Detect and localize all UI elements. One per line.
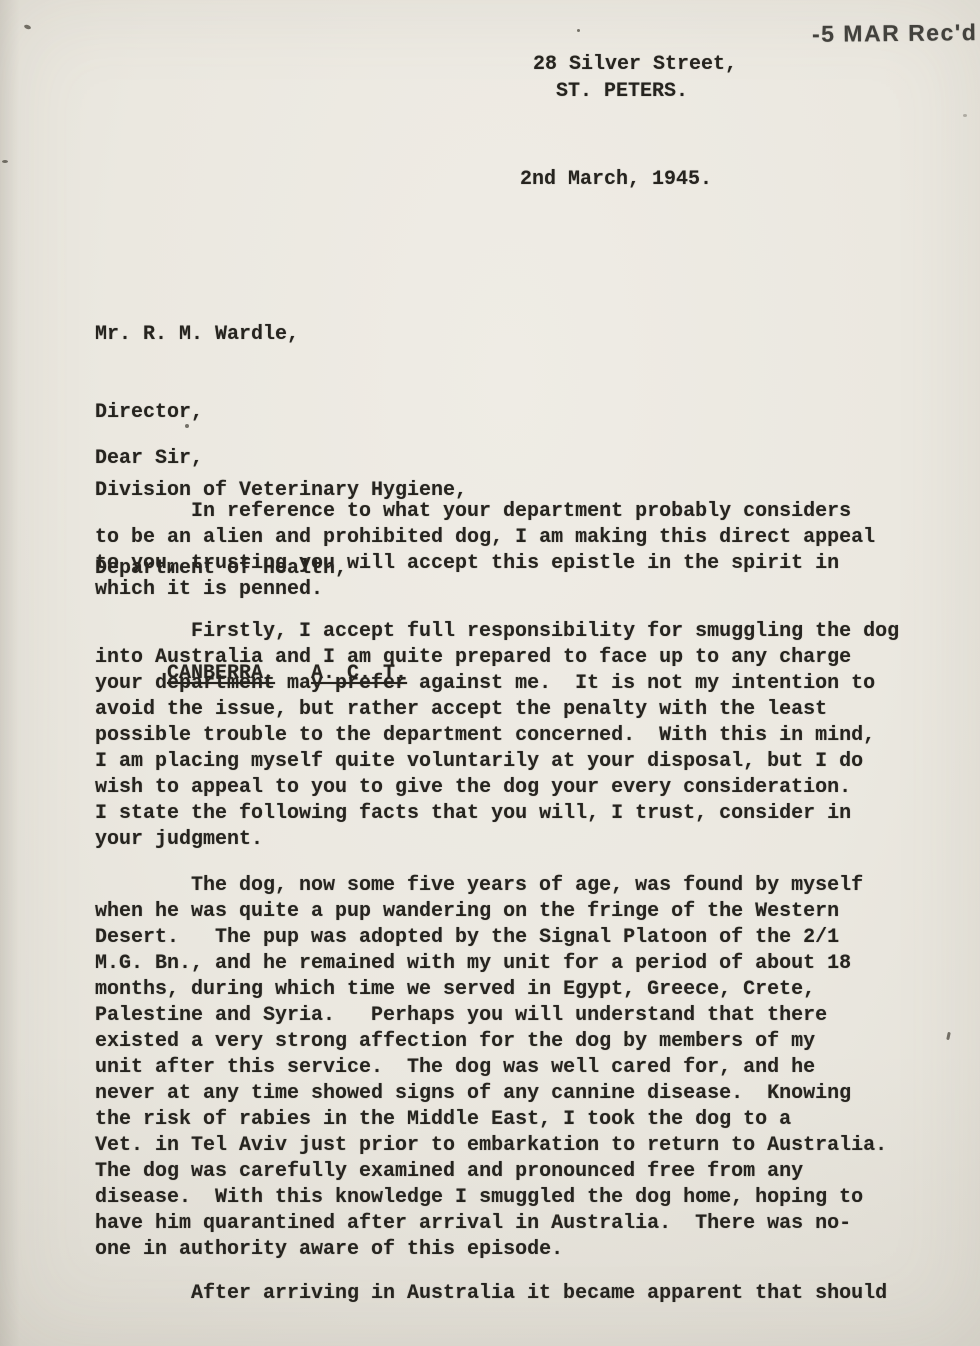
received-date-stamp: -5 MAR Rec'd: [812, 19, 978, 48]
salutation: Dear Sir,: [95, 446, 203, 472]
paper-speck: [963, 114, 967, 117]
paper-speck: [2, 160, 8, 163]
sender-address-suburb: ST. PETERS.: [556, 79, 688, 105]
letter-document: -5 MAR Rec'd 28 Silver Street, ST. PETER…: [0, 0, 980, 1346]
body-paragraph-2: Firstly, I accept full responsibility fo…: [95, 619, 899, 853]
paper-speck: [24, 24, 32, 30]
paper-speck: [577, 29, 580, 32]
paper-speck: [185, 424, 189, 428]
paper-speck: [946, 1032, 951, 1040]
recipient-title: Director,: [95, 400, 467, 426]
sender-address-street: 28 Silver Street,: [533, 52, 737, 78]
body-paragraph-1: In reference to what your department pro…: [95, 499, 875, 603]
body-paragraph-3: The dog, now some five years of age, was…: [95, 873, 887, 1263]
body-paragraph-4: After arriving in Australia it became ap…: [95, 1281, 887, 1307]
letter-date: 2nd March, 1945.: [520, 167, 712, 193]
recipient-name: Mr. R. M. Wardle,: [95, 322, 467, 348]
